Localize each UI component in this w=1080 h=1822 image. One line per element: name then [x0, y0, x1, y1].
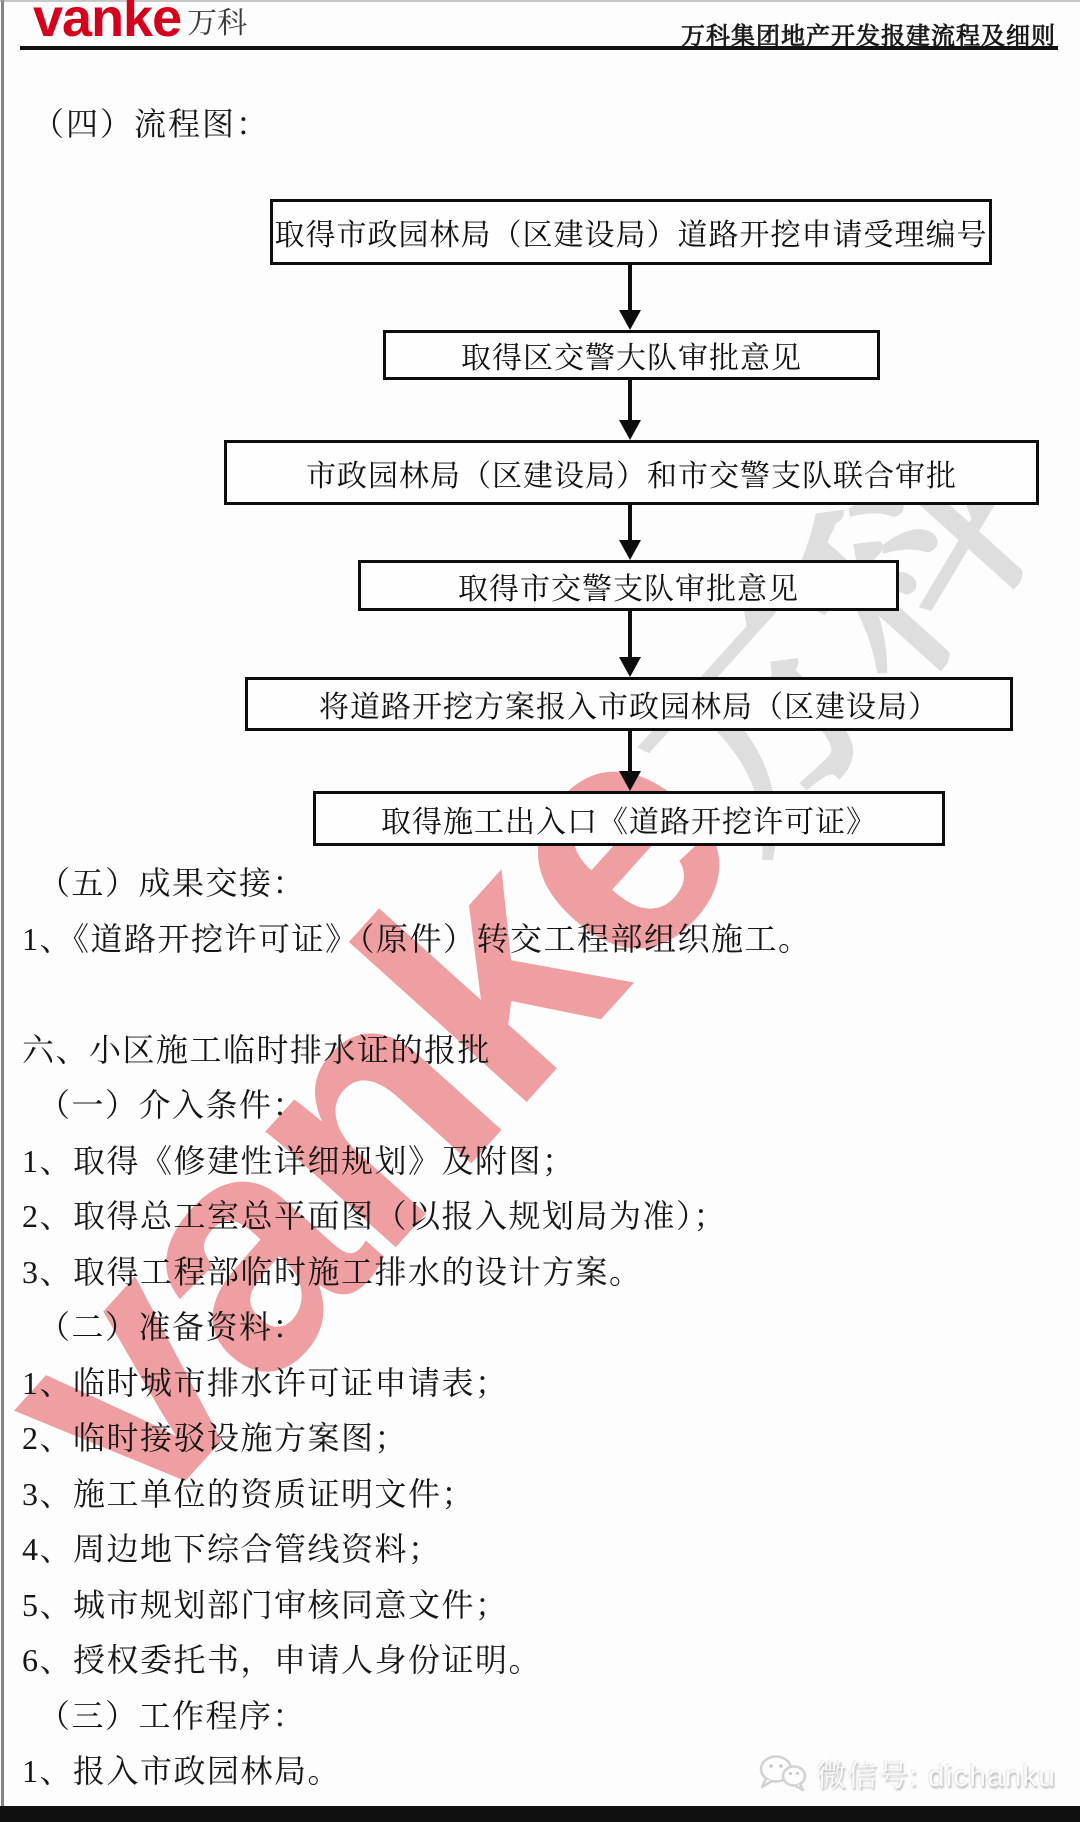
- body-line: 4、周边地下综合管线资料；: [0, 1522, 1080, 1578]
- flow-step-1: 取得市政园林局（区建设局）道路开挖申请受理编号: [270, 199, 992, 265]
- arrow-head-icon: [619, 540, 641, 560]
- body-line: （五）成果交接：: [0, 856, 1080, 912]
- wechat-icon: [756, 1752, 808, 1794]
- arrow-head-icon: [619, 420, 641, 440]
- body-line: （二）准备资料：: [0, 1300, 1080, 1356]
- body-line: 2、临时接驳设施方案图；: [0, 1411, 1080, 1467]
- body-line: 3、取得工程部临时施工排水的设计方案。: [0, 1245, 1080, 1301]
- arrow-stem: [628, 611, 632, 657]
- flow-step-4: 取得市交警支队审批意见: [358, 560, 899, 611]
- document-page: vanke万科 vanke 万科 万科集团地产开发报建流程及细则 （四）流程图：…: [0, 0, 1080, 1822]
- arrow-head-icon: [619, 771, 641, 791]
- body-line: 1、取得《修建性详细规划》及附图；: [0, 1134, 1080, 1190]
- body-text: （五）成果交接：1、《道路开挖许可证》（原件）转交工程部组织施工。六、小区施工临…: [0, 856, 1080, 1800]
- arrow-stem: [628, 265, 632, 310]
- flow-step-6: 取得施工出入口《道路开挖许可证》: [313, 791, 945, 846]
- wechat-footer: 微信号: dichanku: [0, 1748, 1056, 1798]
- body-line: 5、城市规划部门审核同意文件；: [0, 1578, 1080, 1634]
- body-line: （一）介入条件：: [0, 1078, 1080, 1134]
- body-line: （三）工作程序：: [0, 1689, 1080, 1745]
- body-line: 1、临时城市排水许可证申请表；: [0, 1356, 1080, 1412]
- flow-step-2: 取得区交警大队审批意见: [383, 330, 880, 380]
- body-line: 2、取得总工室总平面图（以报入规划局为准）；: [0, 1189, 1080, 1245]
- flow-arrow-5: [619, 731, 641, 791]
- body-line: 3、施工单位的资质证明文件；: [0, 1467, 1080, 1523]
- body-line: 1、《道路开挖许可证》（原件）转交工程部组织施工。: [0, 912, 1080, 968]
- flow-step-5: 将道路开挖方案报入市政园林局（区建设局）: [245, 677, 1013, 731]
- flowchart: 取得市政园林局（区建设局）道路开挖申请受理编号取得区交警大队审批意见市政园林局（…: [0, 0, 1080, 860]
- wechat-id-label: 微信号: dichanku: [816, 1751, 1056, 1795]
- arrow-stem: [628, 731, 632, 771]
- flow-arrow-1: [619, 265, 641, 330]
- bottom-black-bar: [0, 1806, 1080, 1822]
- flow-step-3: 市政园林局（区建设局）和市交警支队联合审批: [224, 440, 1039, 505]
- arrow-stem: [628, 380, 632, 420]
- body-line: 6、授权委托书，申请人身份证明。: [0, 1633, 1080, 1689]
- arrow-head-icon: [619, 310, 641, 330]
- flow-arrow-3: [619, 505, 641, 560]
- arrow-head-icon: [619, 657, 641, 677]
- body-line: 六、小区施工临时排水证的报批: [0, 1023, 1080, 1079]
- flow-arrow-2: [619, 380, 641, 440]
- flow-arrow-4: [619, 611, 641, 677]
- arrow-stem: [628, 505, 632, 540]
